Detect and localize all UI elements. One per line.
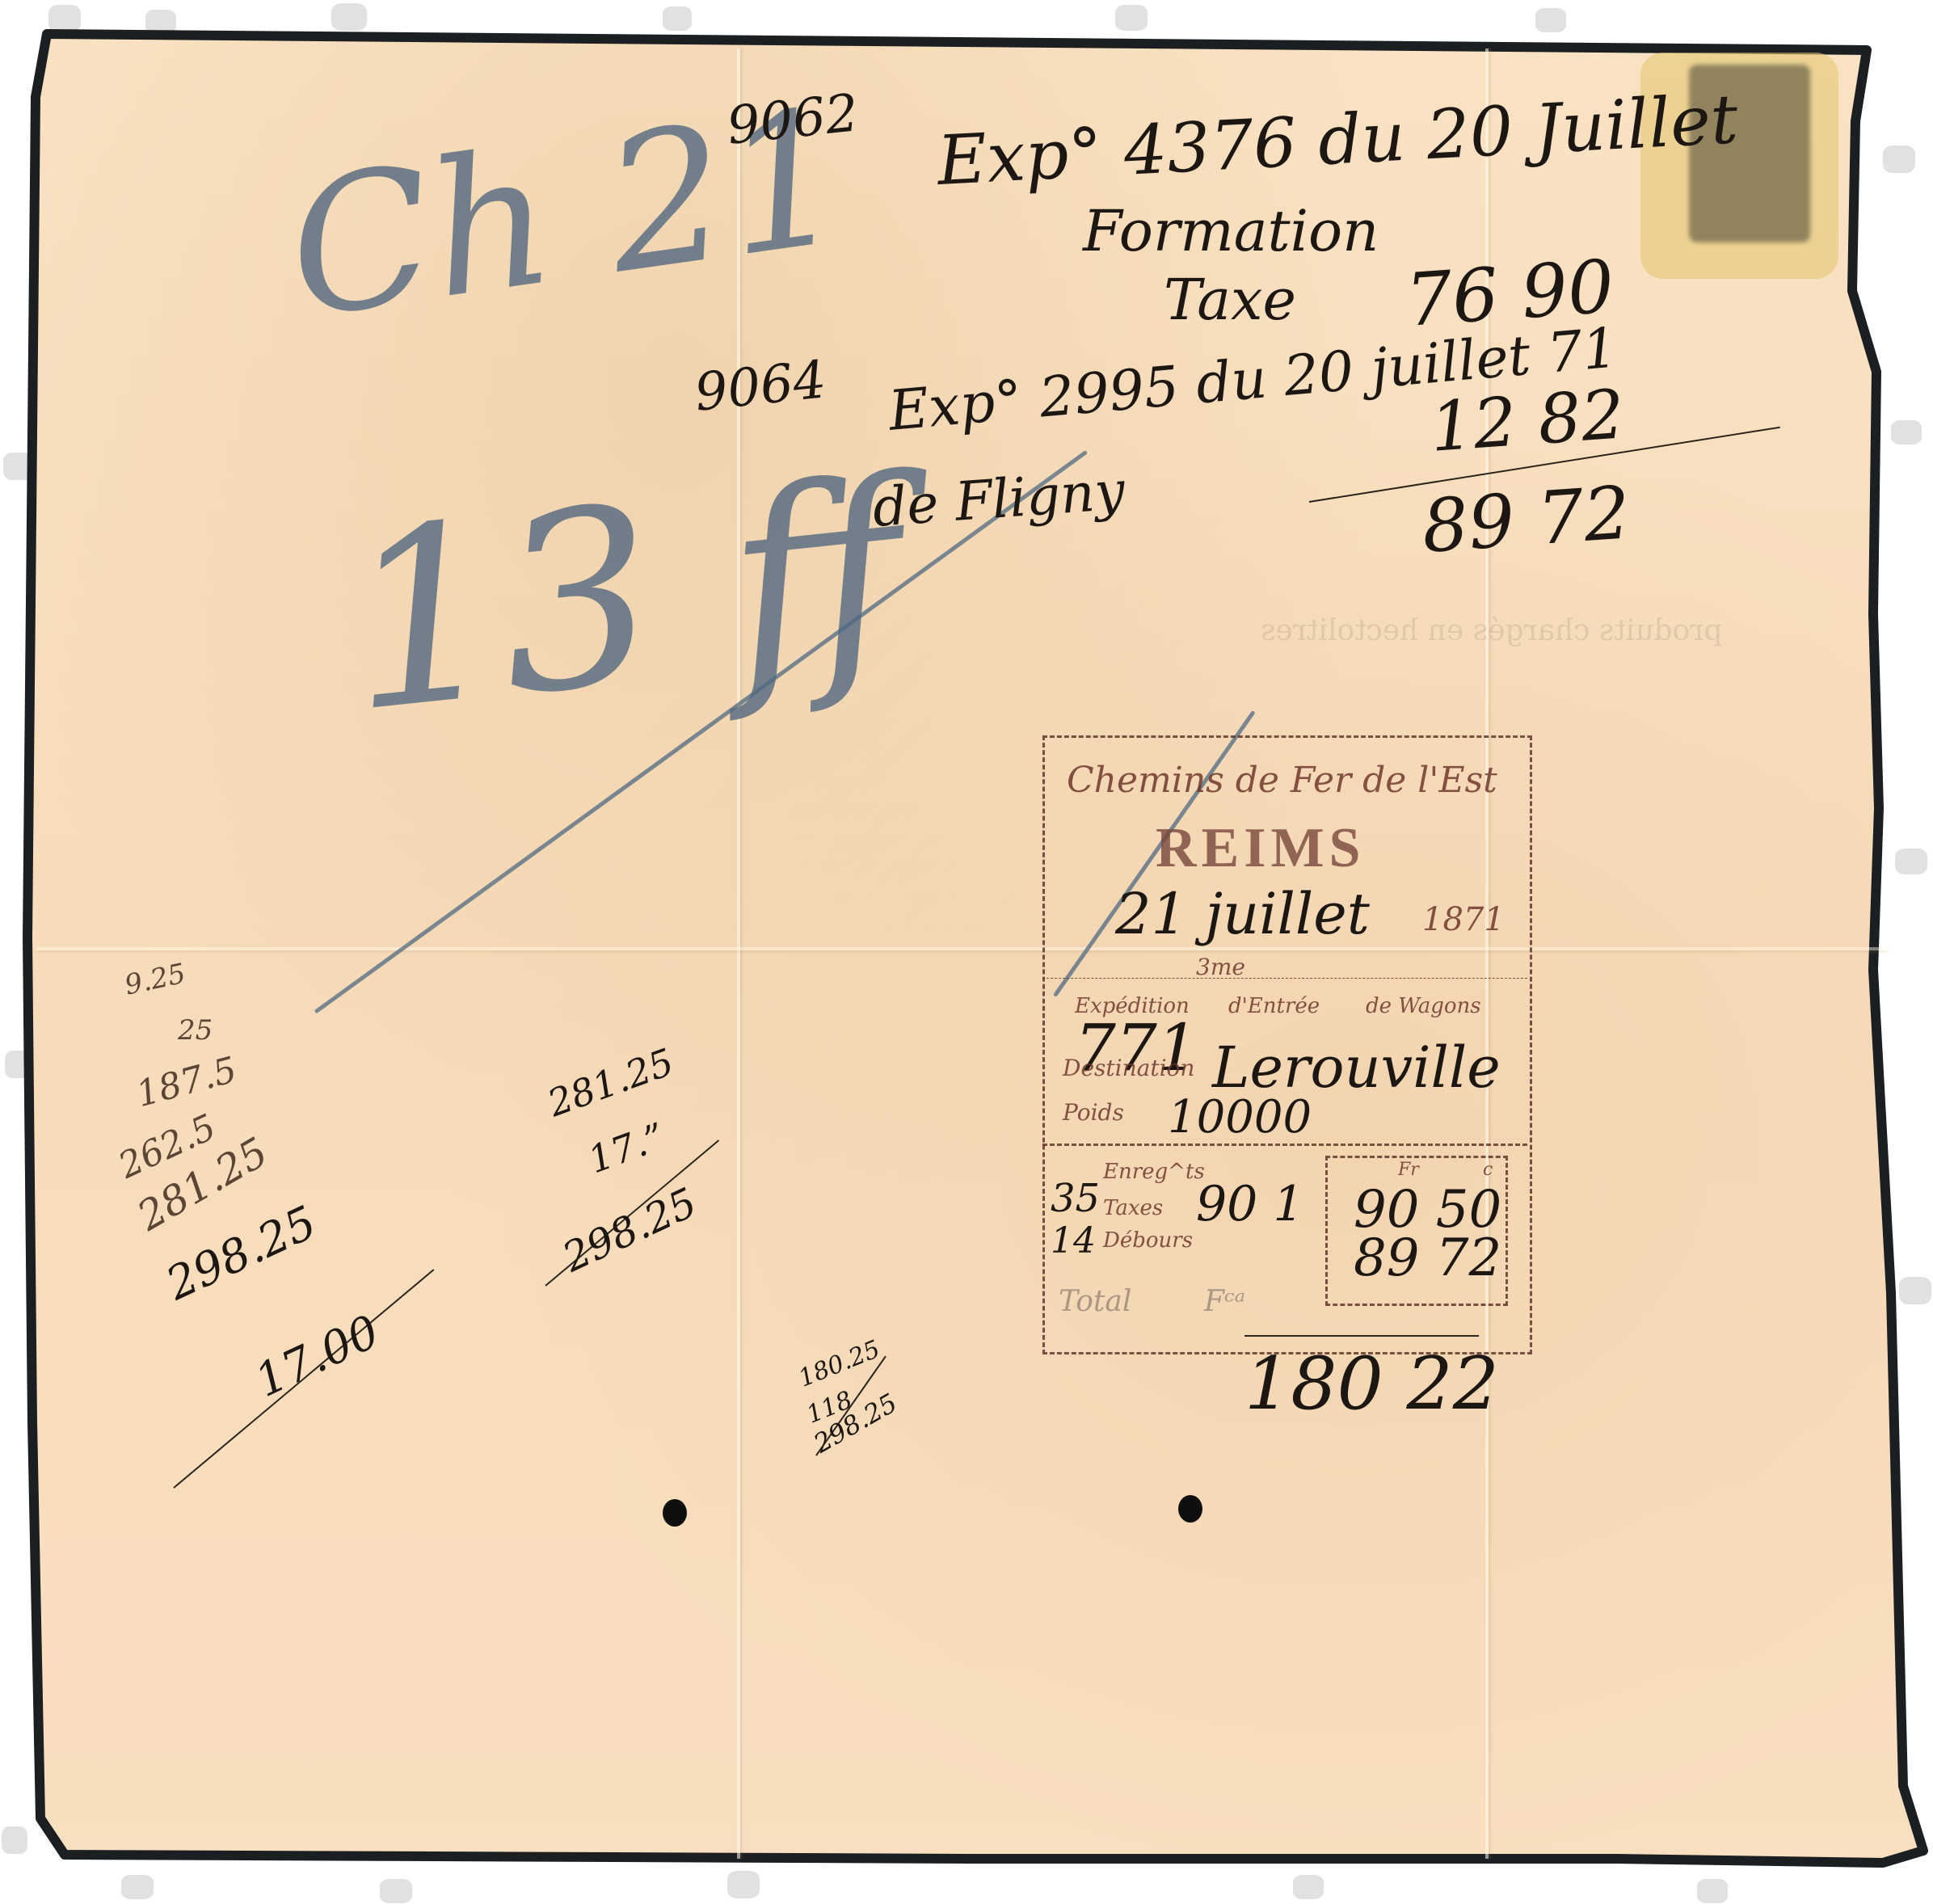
stamp-fr-label: Fr [1398, 1160, 1419, 1180]
stamp-column-entree: d'Entrée [1228, 994, 1320, 1018]
stamp-c-label: c [1483, 1160, 1493, 1180]
document-paper [0, 0, 1933, 1904]
stamp-column-wagons: de Wagons [1366, 994, 1481, 1018]
punch-hole [1178, 1495, 1202, 1523]
entries-total: 89 72 [1419, 470, 1632, 570]
railway-stamp: Chemins de Fer de l'Est REIMS 21 juillet… [1042, 735, 1527, 1350]
stamp-taxes-value: 90 1 [1196, 1176, 1304, 1232]
stamp-station: REIMS [1156, 816, 1365, 881]
stamp-total-label: Total [1059, 1285, 1131, 1318]
stamp-debours-label: Débours [1103, 1228, 1193, 1253]
bleed-through-text: produits chargés en hectolitres [1261, 614, 1723, 647]
stamp-columns-divider [1042, 978, 1527, 979]
stamp-poids-value: 10000 [1168, 1091, 1312, 1144]
fold-line-horizontal [36, 947, 1887, 950]
stamp-class: 3me [1196, 954, 1245, 980]
grand-total: 180 22 [1244, 1342, 1499, 1426]
stamp-taxes-label: Taxes [1103, 1196, 1163, 1220]
stamp-destination-label: Destination [1063, 1055, 1194, 1081]
grand-total-line [1244, 1335, 1479, 1337]
stamp-amount: 89 72 [1354, 1228, 1501, 1288]
stamp-company: Chemins de Fer de l'Est [1067, 760, 1497, 801]
fold-line-vertical [737, 48, 740, 1859]
punch-hole [663, 1499, 687, 1527]
stamp-enreg-label: Enreg^ts [1103, 1160, 1205, 1184]
entry-line: Formation [1083, 198, 1379, 264]
stamp-charges-divider [1042, 1144, 1527, 1146]
calc-value: 25 [178, 1014, 213, 1047]
stamp-date: 21 juillet [1115, 881, 1370, 947]
entry-amount: 12 82 [1428, 374, 1628, 467]
pencil-note-amount: 13 ff [333, 428, 916, 766]
stamp-fr-ca-label: Fᶜᵃ [1204, 1285, 1245, 1318]
entry-line: Taxe [1164, 267, 1296, 333]
stamp-charge-prefix: 35 [1051, 1176, 1100, 1221]
stamp-poids-label: Poids [1063, 1099, 1124, 1126]
stamp-year: 1871 [1422, 901, 1505, 938]
stamp-charge-prefix: 14 [1051, 1220, 1096, 1262]
